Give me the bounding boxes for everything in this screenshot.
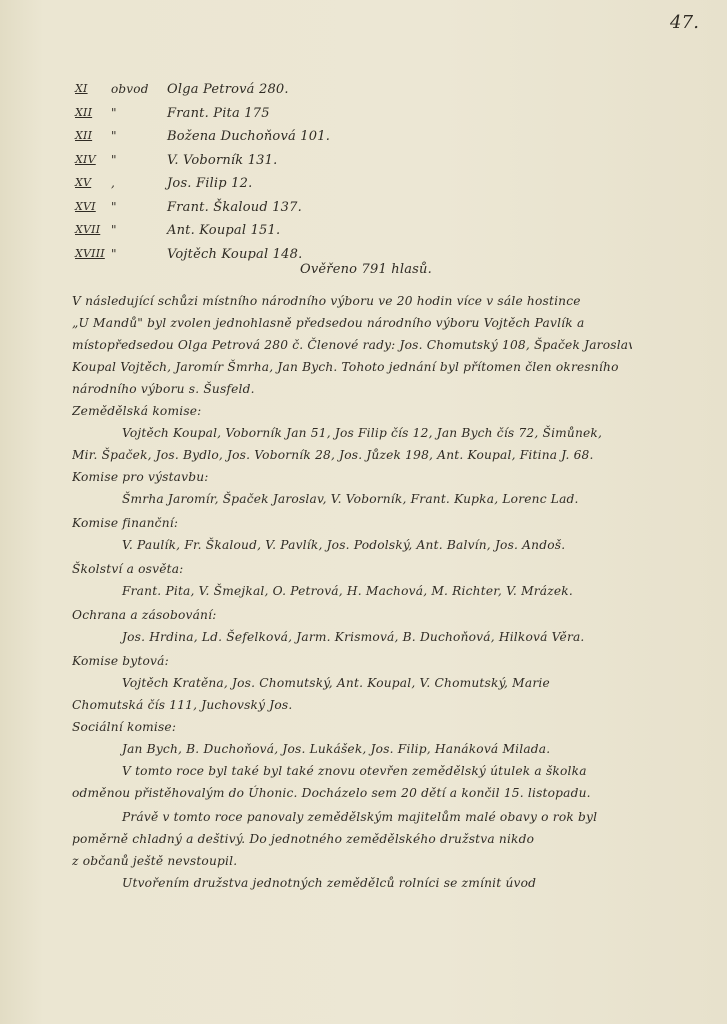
text-line: Právě v tomto roce panovaly zemědělským …: [72, 806, 632, 828]
district-label: ,: [111, 176, 115, 190]
text-line: místopředsedou Olga Petrová 280 č. Členo…: [72, 334, 632, 356]
text-line: Chomutská čís 111, Juchovský Jos.: [72, 694, 632, 716]
manuscript-page: 47. XI obvod Olga Petrová 280. XII " Fra…: [0, 0, 727, 1024]
verified-votes-note: Ověřeno 791 hlasů.: [300, 262, 432, 277]
district-number: XV: [75, 176, 105, 189]
text-line: V tomto roce byl také byl také znovu ote…: [72, 760, 632, 782]
text-line: Vojtěch Koupal, Voborník Jan 51, Jos Fil…: [72, 422, 632, 444]
district-number: XVIII: [75, 247, 105, 260]
text-line: odměnou přistěhovalým do Úhonic. Docháze…: [72, 782, 632, 804]
district-number: XI: [75, 82, 105, 95]
section-heading: Školství a osvěta:: [72, 558, 632, 580]
district-label: ": [111, 200, 117, 214]
section-heading: Zemědělská komise:: [72, 400, 632, 422]
district-number: XVII: [75, 223, 105, 236]
candidate-votes: V. Voborník 131.: [167, 153, 277, 168]
district-number: XIV: [75, 153, 105, 166]
candidate-votes: Jos. Filip 12.: [167, 176, 252, 191]
candidate-votes: Frant. Škaloud 137.: [167, 200, 302, 215]
district-label: ": [111, 153, 117, 167]
section-heading: Komise bytová:: [72, 650, 632, 672]
section-heading: Komise finanční:: [72, 512, 632, 534]
candidate-votes: Vojtěch Koupal 148.: [167, 247, 302, 262]
text-line: z občanů ještě nevstoupil.: [72, 850, 632, 872]
candidate-votes: Božena Duchoňová 101.: [167, 129, 330, 144]
candidate-votes: Ant. Koupal 151.: [167, 223, 280, 238]
text-line: „U Mandů" byl zvolen jednohlasně předsed…: [72, 312, 632, 334]
section-heading: Sociální komise:: [72, 716, 632, 738]
text-line: poměrně chladný a deštivý. Do jednotného…: [72, 828, 632, 850]
text-line: Vojtěch Kratěna, Jos. Chomutský, Ant. Ko…: [72, 672, 632, 694]
district-number: XII: [75, 129, 105, 142]
text-line: V. Paulík, Fr. Škaloud, V. Pavlík, Jos. …: [72, 534, 632, 556]
page-number: 47.: [670, 12, 699, 33]
manuscript-body: V následující schůzi místního národního …: [72, 290, 632, 894]
district-label: ": [111, 247, 117, 261]
text-line: V následující schůzi místního národního …: [72, 290, 632, 312]
text-line: Mir. Špaček, Jos. Bydlo, Jos. Voborník 2…: [72, 444, 632, 466]
text-line: Koupal Vojtěch, Jaromír Šmrha, Jan Bych.…: [72, 356, 632, 378]
text-line: národního výboru s. Šusfeld.: [72, 378, 632, 400]
text-line: Jan Bych, B. Duchoňová, Jos. Lukášek, Jo…: [72, 738, 632, 760]
district-number: XII: [75, 106, 105, 119]
candidate-votes: Frant. Pita 175: [167, 106, 270, 121]
text-line: Utvořením družstva jednotných zemědělců …: [72, 872, 632, 894]
text-line: Frant. Pita, V. Šmejkal, O. Petrová, H. …: [72, 580, 632, 602]
district-label: obvod: [111, 82, 149, 96]
district-label: ": [111, 223, 117, 237]
district-number: XVI: [75, 200, 105, 213]
section-heading: Komise pro výstavbu:: [72, 466, 632, 488]
district-label: ": [111, 106, 117, 120]
text-line: Šmrha Jaromír, Špaček Jaroslav, V. Vobor…: [72, 488, 632, 510]
section-heading: Ochrana a zásobování:: [72, 604, 632, 626]
district-label: ": [111, 129, 117, 143]
text-line: Jos. Hrdina, Ld. Šefelková, Jarm. Krismo…: [72, 626, 632, 648]
candidate-votes: Olga Petrová 280.: [167, 82, 289, 97]
